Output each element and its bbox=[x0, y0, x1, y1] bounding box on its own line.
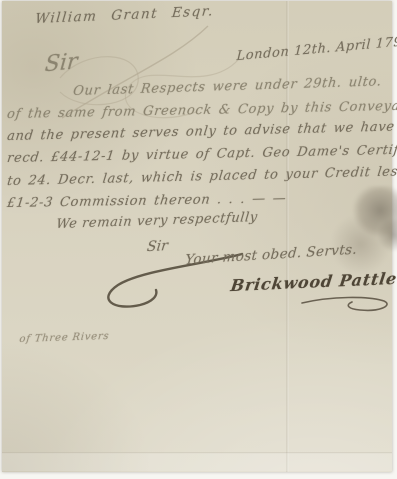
salutation: Sir bbox=[44, 49, 79, 77]
scanned-letter: William Grant Esqr. London 12th. April 1… bbox=[0, 0, 397, 479]
closing-line: Sir bbox=[146, 238, 169, 255]
